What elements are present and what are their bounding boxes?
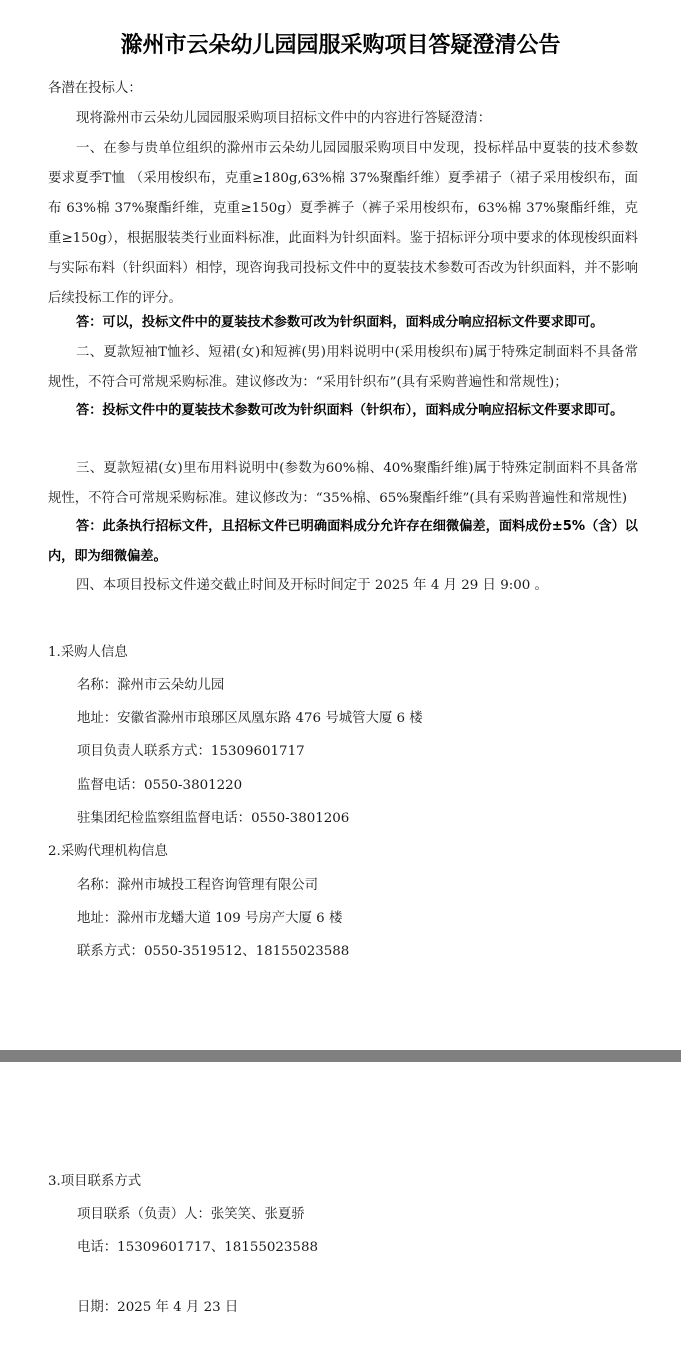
purchaser-name: 名称：滁州市云朵幼儿园 bbox=[77, 676, 224, 696]
agency-address: 地址：滁州市龙蟠大道 109 号房产大厦 6 楼 bbox=[77, 909, 342, 929]
salutation: 各潜在投标人： bbox=[48, 74, 638, 104]
page-break-bar bbox=[0, 1050, 681, 1062]
answer-3: 答：此条执行招标文件，且招标文件已明确面料成分允许存在细微偏差，面料成份±5%（… bbox=[48, 512, 638, 572]
answer-2: 答：投标文件中的夏装技术参数可改为针织面料（针织布），面料成分响应招标文件要求即… bbox=[48, 396, 638, 426]
purchaser-address: 地址：安徽省滁州市琅琊区凤凰东路 476 号城管大厦 6 楼 bbox=[77, 709, 423, 729]
agency-heading: 2.采购代理机构信息 bbox=[48, 842, 168, 862]
agency-name: 名称：滁州市城投工程咨询管理有限公司 bbox=[77, 876, 318, 896]
answer-1: 答：可以，投标文件中的夏装技术参数可改为针织面料，面料成分响应招标文件要求即可。 bbox=[48, 308, 638, 338]
purchaser-heading: 1.采购人信息 bbox=[48, 643, 128, 663]
purchaser-supervision-phone: 监督电话：0550-3801220 bbox=[77, 776, 242, 796]
intro-paragraph: 现将滁州市云朵幼儿园园服采购项目招标文件中的内容进行答疑澄清： bbox=[48, 104, 638, 134]
agency-contact: 联系方式：0550-3519512、18155023588 bbox=[77, 942, 349, 962]
purchaser-contact: 项目负责人联系方式：15309601717 bbox=[77, 742, 305, 762]
document-date: 日期：2025 年 4 月 23 日 bbox=[77, 1298, 238, 1318]
project-contact-heading: 3.项目联系方式 bbox=[48, 1172, 141, 1192]
question-2: 二、夏款短袖T恤衫、短裙(女)和短裤(男)用料说明中(采用梭织布)属于特殊定制面… bbox=[48, 338, 638, 398]
document-title: 滁州市云朵幼儿园园服采购项目答疑澄清公告 bbox=[0, 31, 681, 61]
project-contact-persons: 项目联系（负责）人：张笑笑、张夏骄 bbox=[77, 1205, 305, 1225]
item-4-deadline: 四、本项目投标文件递交截止时间及开标时间定于 2025 年 4 月 29 日 9… bbox=[48, 571, 638, 601]
question-3: 三、夏款短裙(女)里布用料说明中(参数为60%棉、40%聚酯纤维)属于特殊定制面… bbox=[48, 454, 638, 514]
question-1: 一、在参与贵单位组织的滁州市云朵幼儿园园服采购项目中发现，投标样品中夏装的技术参… bbox=[48, 134, 638, 314]
project-contact-phone: 电话：15309601717、18155023588 bbox=[77, 1238, 318, 1258]
purchaser-discipline-phone: 驻集团纪检监察组监督电话：0550-3801206 bbox=[77, 809, 349, 829]
